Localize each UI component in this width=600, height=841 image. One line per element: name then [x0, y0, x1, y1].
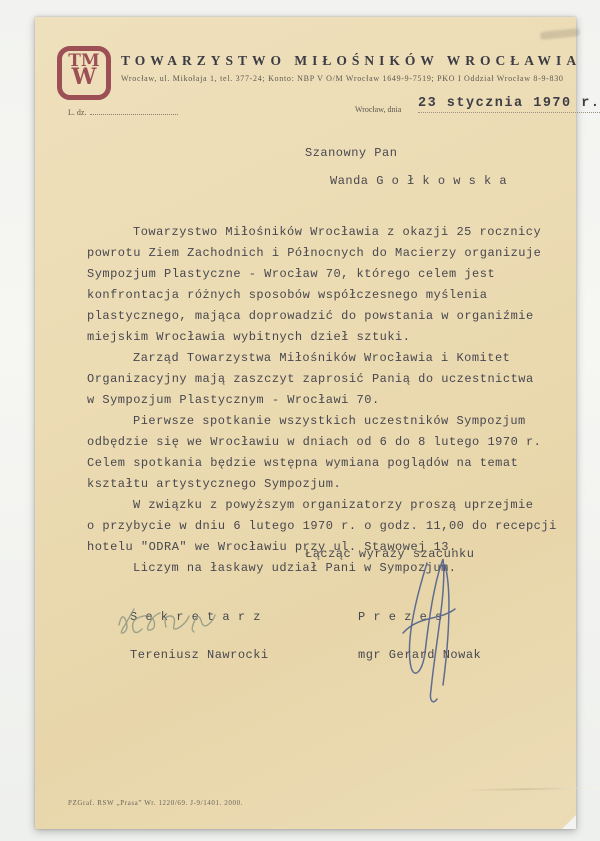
- organization-address: Wrocław, ul. Mikołaja 1, tel. 377-24; Ko…: [121, 74, 591, 83]
- typed-date: 23 stycznia 1970 r.: [418, 96, 600, 113]
- letter-body: Towarzystwo Miłośników Wrocławia z okazj…: [87, 222, 557, 579]
- letter-paper: TM W TOWARZYSTWO MIŁOŚNIKÓW WROCŁAWIA Wr…: [35, 17, 576, 829]
- reference-label: L. dz.: [68, 108, 86, 117]
- reference-dotted-line: [90, 105, 178, 115]
- reference-number-row: L. dz.: [68, 105, 178, 117]
- body-paragraph: Towarzystwo Miłośników Wrocławia z okazj…: [87, 222, 557, 348]
- paper-smudge: [540, 28, 581, 40]
- organization-name: TOWARZYSTWO MIŁOŚNIKÓW WROCŁAWIA: [121, 53, 581, 69]
- tmw-logo: TM W: [57, 46, 111, 100]
- president-signature-scribble: [387, 555, 497, 710]
- printer-imprint: PZGraf. RSW „Prasa” Wr. 1220/69. J-9/140…: [68, 799, 243, 807]
- place-date-label: Wrocław, dnia: [355, 105, 401, 114]
- paper-crease: [465, 787, 600, 792]
- body-paragraph: Zarząd Towarzystwa Miłośników Wrocławia …: [87, 348, 557, 411]
- recipient-name: Wanda G o ł k o w s k a: [330, 174, 507, 188]
- secretary-signature-scribble: [113, 595, 263, 637]
- president-name: mgr Gerard Nowak: [358, 648, 481, 662]
- secretary-name: Tereniusz Nawrocki: [130, 648, 269, 662]
- recipient-salutation: Szanowny Pan: [305, 146, 397, 160]
- body-paragraph: Pierwsze spotkanie wszystkich uczestnikó…: [87, 411, 557, 495]
